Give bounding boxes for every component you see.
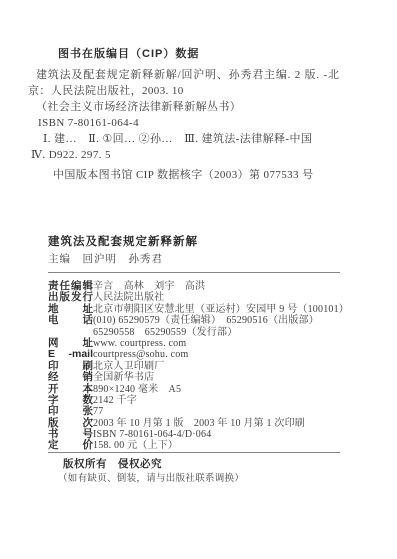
colophon-label: 经销 [48, 372, 93, 383]
exchange-note: （如有缺页、倒装，请与出版社联系调换） [58, 470, 244, 484]
colophon-row: 65290558 65290559（发行部） [48, 327, 378, 338]
colophon-value: 北京市朝阳区安慧北里（亚运村）安园甲 9 号（100101） [93, 304, 349, 315]
colophon-row: 开本 890×1240 毫米 A5 [48, 384, 378, 395]
colophon-table: 责任编辑 辛言 高林 刘宇 高洪 出版发行 人民法院出版社 地址 北京市朝阳区安… [48, 281, 378, 452]
cip-description-line-2: 京：人民法院出版社，2003. 10 [28, 83, 376, 99]
divider-bottom [48, 452, 340, 453]
colophon-value: 辛言 高林 刘宇 高洪 [93, 281, 205, 292]
divider-top [48, 272, 340, 273]
colophon-value: 158. 00 元（上下） [93, 440, 178, 451]
colophon-row: 书号 ISBN 7-80161-064-4/D·064 [48, 429, 378, 440]
copyright-notice: 版权所有 侵权必究 [63, 456, 162, 471]
cip-series: （社会主义市场经济法律新释新解丛书） [36, 99, 376, 115]
colophon-row: 电话 (010) 65290579（责任编辑） 65290516（出版部） [48, 315, 378, 326]
cip-description-line-1: 建筑法及配套规定新释新解/回沪明、孙秀君主编. 2 版. -北 [36, 67, 376, 83]
copyright-page: 图书在版编目（CIP）数据 建筑法及配套规定新释新解/回沪明、孙秀君主编. 2 … [0, 0, 397, 559]
colophon-row: 印张 77 [48, 406, 378, 417]
cip-record-number: 中国版本图书馆 CIP 数据核字（2003）第 077533 号 [53, 167, 376, 183]
colophon-value: ISBN 7-80161-064-4/D·064 [93, 429, 211, 440]
colophon-row: 定价 158. 00 元（上下） [48, 440, 378, 451]
colophon-value: 77 [93, 406, 103, 417]
colophon-value: courtpress@sohu. com [93, 349, 188, 360]
colophon-value: (010) 65290579（责任编辑） 65290516（出版部） [93, 315, 319, 326]
colophon-row: 经销 全国新华书店 [48, 372, 378, 383]
cip-classification-line-1: Ⅰ. 建… Ⅱ. ①回… ②孙… Ⅲ. 建筑法-法律解释-中国 [43, 131, 376, 147]
colophon-value: 2142 千字 [93, 395, 137, 406]
colophon-value: 全国新华书店 [93, 372, 154, 383]
colophon-row: 印刷 北京人卫印刷厂 [48, 361, 378, 372]
colophon-value: www. courtpress. com [93, 338, 186, 349]
colophon-row: 出版发行 人民法院出版社 [48, 292, 378, 303]
colophon-row: 网址 www. courtpress. com [48, 338, 378, 349]
book-title: 建筑法及配套规定新释新解 [48, 233, 198, 249]
colophon-row: E -mail courtpress@sohu. com [48, 349, 378, 360]
cip-heading: 图书在版编目（CIP）数据 [58, 46, 376, 62]
colophon-label: 印张 [48, 406, 93, 417]
colophon-value: 北京人卫印刷厂 [93, 361, 164, 372]
colophon-row: 责任编辑 辛言 高林 刘宇 高洪 [48, 281, 378, 292]
colophon-value: 2003 年 10 月第 1 版 2003 年 10 月第 1 次印刷 [93, 418, 305, 429]
cip-block: 图书在版编目（CIP）数据 建筑法及配套规定新释新解/回沪明、孙秀君主编. 2 … [28, 46, 376, 183]
colophon-label: 电话 [48, 315, 93, 326]
colophon-label: 定价 [48, 440, 93, 451]
colophon-row: 字数 2142 千字 [48, 395, 378, 406]
cip-classification-line-2: Ⅳ. D922. 297. 5 [31, 147, 376, 163]
book-byline: 主编 回沪明 孙秀君 [48, 251, 163, 266]
colophon-row: 版次 2003 年 10 月第 1 版 2003 年 10 月第 1 次印刷 [48, 418, 378, 429]
colophon-value: 人民法院出版社 [93, 292, 164, 303]
colophon-value: 890×1240 毫米 A5 [93, 384, 181, 395]
colophon-row: 地址 北京市朝阳区安慧北里（亚运村）安园甲 9 号（100101） [48, 304, 378, 315]
cip-isbn: ISBN 7-80161-064-4 [38, 115, 376, 131]
colophon-value: 65290558 65290559（发行部） [93, 327, 237, 338]
